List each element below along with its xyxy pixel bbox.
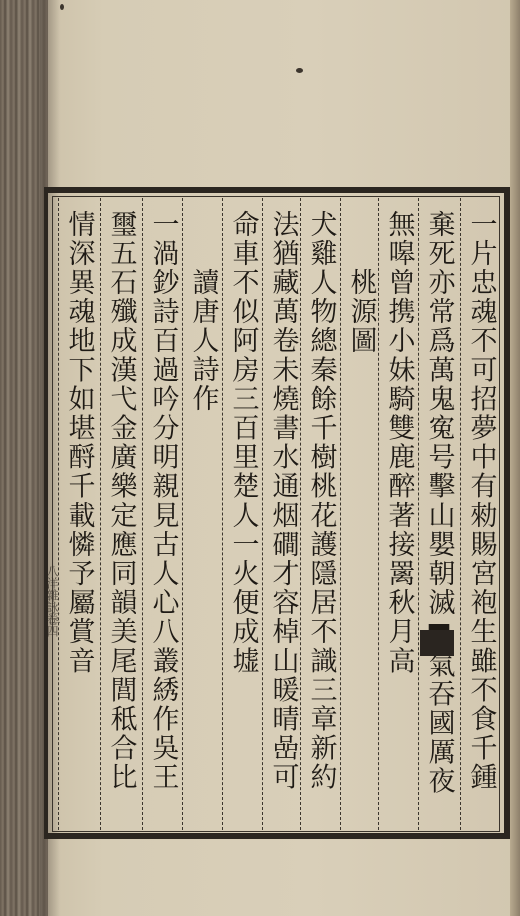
poem-title: 桃源圖 xyxy=(348,268,375,355)
column-text: 無嗥曾携小妹騎雙鹿醉著接䍠秋月高 xyxy=(386,210,413,676)
text-column-4-title: 桃源圖 xyxy=(340,198,381,830)
text-column-2: 棄死亦常爲萬鬼寃号擊山嬰朝滅■氣吞國厲夜 xyxy=(418,198,459,830)
column-text: 情深異魂地下如堪酹千載憐予屬賞音 xyxy=(66,210,93,676)
page-right-edge xyxy=(510,0,520,916)
column-text: 一片忠魂不可招夢中有勑賜宮袍生雖不食千鍾 xyxy=(468,210,495,792)
text-column-11: 情深異魂地下如堪酹千載憐予屬賞音 xyxy=(58,198,99,830)
column-text: 命車不似阿房三百里楚人一火便成墟 xyxy=(230,210,257,676)
text-column-1: 一片忠魂不可招夢中有勑賜宮袍生雖不食千鍾 xyxy=(460,198,501,830)
text-column-5: 犬雞人物總秦餘千樹桃花護隱居不識三章新約 xyxy=(300,198,341,830)
text-column-7: 命車不似阿房三百里楚人一火便成墟 xyxy=(222,198,263,830)
ink-speck xyxy=(296,68,303,73)
poem-title: 讀唐人詩作 xyxy=(190,268,217,414)
column-text: 一渦鈔詩百過吟分明親見古人心八叢綉作吳王 xyxy=(150,210,177,792)
text-column-8-title: 讀唐人詩作 xyxy=(182,198,223,830)
text-column-9: 一渦鈔詩百過吟分明親見古人心八叢綉作吳王 xyxy=(142,198,183,830)
column-text: 法猶藏萬卷未燒書水通烟磵才容棹山暖晴嵒可 xyxy=(270,210,297,792)
text-column-6: 法猶藏萬卷未燒書水通烟磵才容棹山暖晴嵒可 xyxy=(262,198,303,830)
column-text: 犬雞人物總秦餘千樹桃花護隱居不識三章新約 xyxy=(308,210,335,792)
text-column-3: 無嗥曾携小妹騎雙鹿醉著接䍠秋月高 xyxy=(378,198,419,830)
column-text: 璽五石殲成漢弋金廣樂定應同韻美尾閭秪合比 xyxy=(108,210,135,792)
column-text: 棄死亦常爲萬鬼寃号擊山嬰朝滅■氣吞國厲夜 xyxy=(426,210,453,796)
text-column-10: 璽五石殲成漢弋金廣樂定應同韻美尾閭秪合比 xyxy=(100,198,141,830)
inked-blank-block xyxy=(420,630,454,656)
ink-speck xyxy=(60,4,64,10)
